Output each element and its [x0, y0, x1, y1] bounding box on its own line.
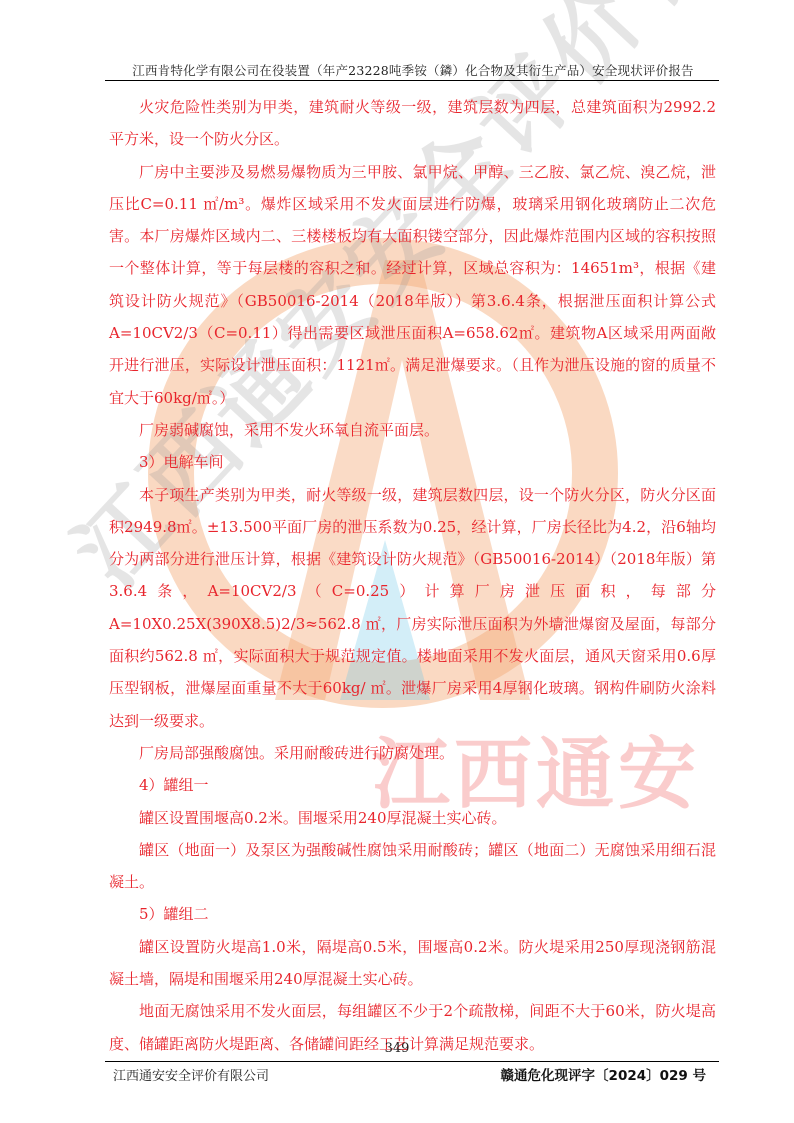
header-divider — [105, 80, 719, 81]
body-text: 火灾危险性类别为甲类，建筑耐火等级一级，建筑层数为四层，总建筑面积为2992.2… — [109, 91, 716, 1060]
section-heading: 4）罐组一 — [109, 769, 716, 801]
paragraph: 本子项生产类别为甲类，耐火等级一级，建筑层数四层，设一个防火分区，防火分区面积2… — [109, 479, 716, 737]
document-page: 江西通安安全评价有限公司 江西通安 江西肯特化学有限公司在役装置（年产23228… — [0, 0, 794, 1123]
footer-report-number: 赣通危化现评字〔2024〕029 号 — [501, 1064, 706, 1084]
paragraph: 罐区设置围堰高0.2米。围堰采用240厚混凝土实心砖。 — [109, 802, 716, 834]
paragraph: 厂房弱碱腐蚀，采用不发火环氧自流平面层。 — [109, 414, 716, 446]
paragraph: 厂房中主要涉及易燃易爆物质为三甲胺、氯甲烷、甲醇、三乙胺、氯乙烷、溴乙烷，泄压比… — [109, 156, 716, 414]
section-heading: 5）罐组二 — [109, 898, 716, 930]
paragraph: 火灾危险性类别为甲类，建筑耐火等级一级，建筑层数为四层，总建筑面积为2992.2… — [109, 91, 716, 156]
paragraph: 罐区（地面一）及泵区为强酸碱性腐蚀采用耐酸砖；罐区（地面二）无腐蚀采用细石混凝土… — [109, 834, 716, 899]
paragraph: 罐区设置防火堤高1.0米，隔堤高0.5米，围堰高0.2米。防火堤采用250厚现浇… — [109, 931, 716, 996]
footer-divider — [105, 1061, 719, 1062]
footer-company: 江西通安安全评价有限公司 — [113, 1065, 269, 1084]
section-heading: 3）电解车间 — [109, 446, 716, 478]
page-number: 349 — [0, 1041, 794, 1056]
running-header: 江西肯特化学有限公司在役装置（年产23228吨季铵（鏻）化合物及其衍生产品）安全… — [108, 61, 718, 79]
paragraph: 厂房局部强酸腐蚀。采用耐酸砖进行防腐处理。 — [109, 737, 716, 769]
